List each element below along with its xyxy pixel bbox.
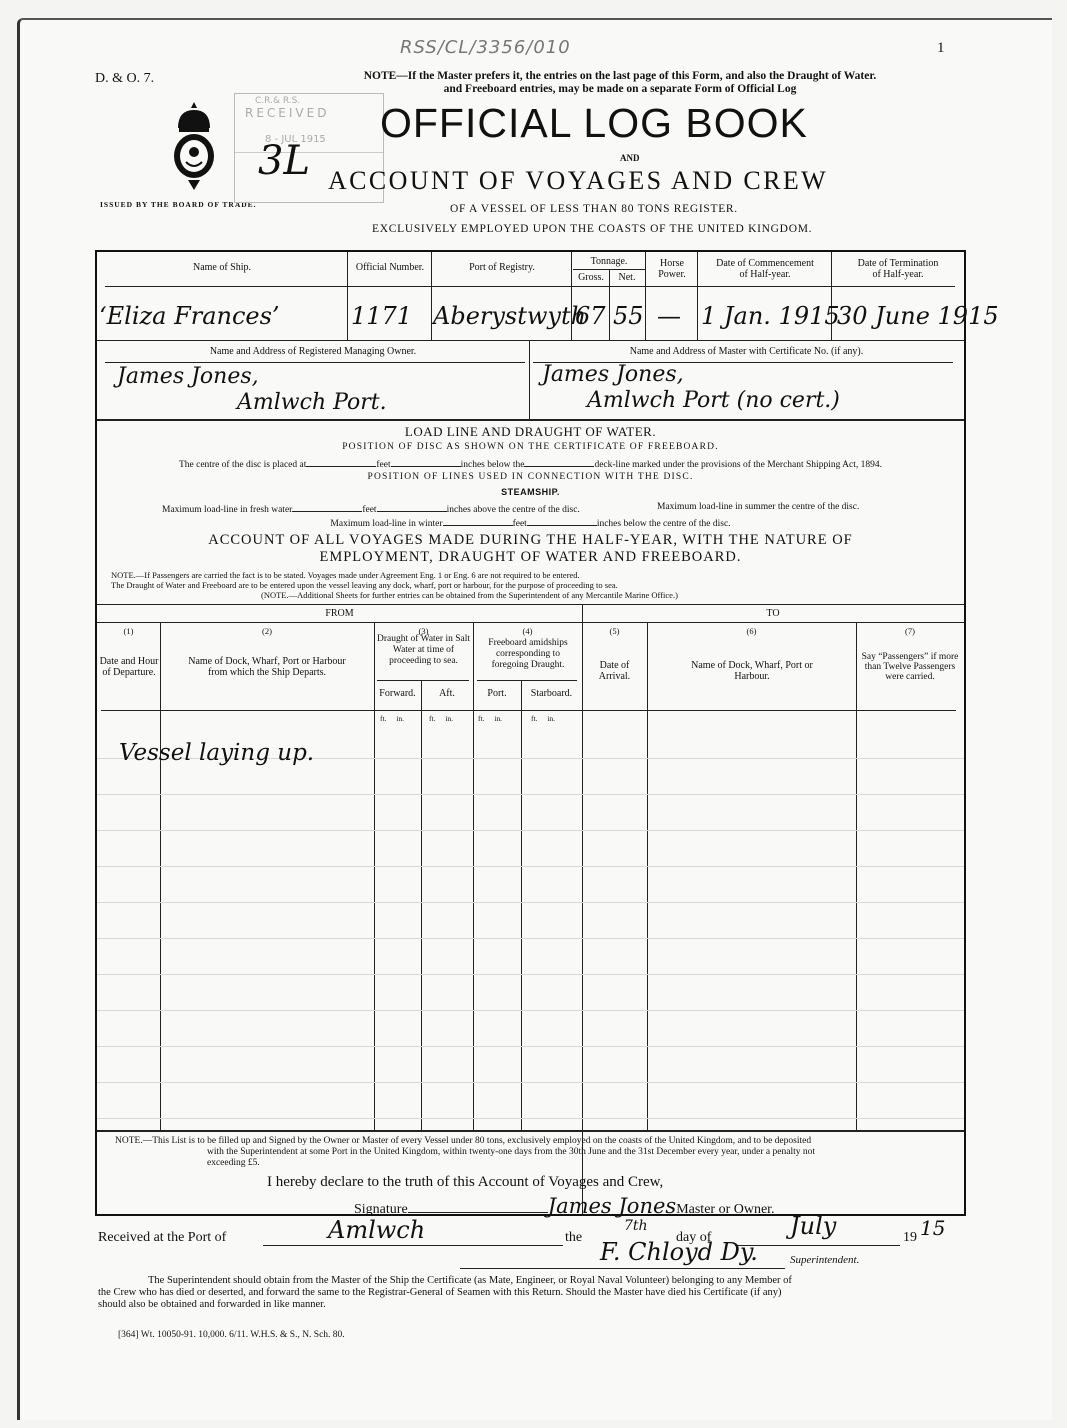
label-horse-power: HorsePower. xyxy=(647,258,697,280)
col6-num: (6) xyxy=(647,626,856,636)
royal-crest-icon xyxy=(172,100,216,192)
voyages-heading-line1: ACCOUNT OF ALL VOYAGES MADE DURING THE H… xyxy=(97,532,964,549)
log-form: Name of Ship. Official Number. Port of R… xyxy=(95,250,966,1216)
fresh-water-line: Maximum load-line in fresh waterfeetinch… xyxy=(162,502,580,515)
archive-reference: RSS/CL/3356/010 xyxy=(400,37,571,58)
received-port-value: Amlwch xyxy=(328,1216,425,1244)
received-port-label: Received at the Port of xyxy=(98,1230,226,1246)
winter-text-a: Maximum load-line in winter xyxy=(330,519,442,529)
stamp-line2: RECEIVED xyxy=(245,106,329,120)
col3-aft: Aft. xyxy=(421,688,473,699)
label-official-number: Official Number. xyxy=(349,262,431,273)
footer-note: NOTE.—This List is to be filled up and S… xyxy=(115,1136,955,1169)
col3-header: Draught of Water in Salt Water at time o… xyxy=(377,634,470,667)
subtitle-line2: EXCLUSIVELY EMPLOYED UPON THE COASTS OF … xyxy=(372,223,812,235)
winter-text-b: feet xyxy=(513,519,527,529)
form-code: D. & O. 7. xyxy=(95,71,154,87)
instructions-line3: should also be obtained and forwarded in… xyxy=(98,1299,964,1311)
fresh-text-a: Maximum load-line in fresh water xyxy=(162,505,292,515)
col7-header: Say “Passengers” if more than Twelve Pas… xyxy=(859,652,961,682)
voyages-heading: ACCOUNT OF ALL VOYAGES MADE DURING THE H… xyxy=(97,532,964,566)
label-termination-1: Date of Termination xyxy=(833,258,963,269)
footer-note-line1: NOTE.—This List is to be filled up and S… xyxy=(115,1136,955,1147)
the-label: the xyxy=(565,1230,582,1246)
signature-label: Signature xyxy=(354,1202,408,1217)
label-horse-power-2: Power. xyxy=(647,269,697,280)
disc-text-c: inches below the xyxy=(461,460,525,470)
label-gross: Gross. xyxy=(573,272,609,283)
footer-note-line2: with the Superintendent at some Port in … xyxy=(115,1147,955,1158)
fresh-inches-blank[interactable] xyxy=(377,502,447,512)
col2-header: Name of Dock, Wharf, Port or Harbour fro… xyxy=(187,656,347,678)
page-number: 1 xyxy=(937,40,945,57)
page-subtitle: ACCOUNT OF VOYAGES AND CREW xyxy=(328,166,828,196)
voyages-note-line3: (NOTE.—Additional Sheets for further ent… xyxy=(111,590,678,600)
lines-heading: POSITION OF LINES USED IN CONNECTION WIT… xyxy=(97,472,964,482)
col4-port: Port. xyxy=(473,688,521,699)
label-termination: Date of Terminationof Half-year. xyxy=(833,258,963,280)
superintendent-label: Superintendent. xyxy=(790,1254,859,1266)
termination-value: 30 June 1915 xyxy=(837,302,999,330)
steamship-heading: STEAMSHIP. xyxy=(97,487,964,497)
signature-value: James Jones xyxy=(548,1194,677,1218)
disc-feet-blank[interactable] xyxy=(306,457,376,467)
signature-role: Master or Owner. xyxy=(676,1202,774,1217)
voyage-entries: Vessel laying up. xyxy=(97,722,964,1130)
col3-forward: Forward. xyxy=(374,688,421,699)
summer-line: Maximum load-line in summer the centre o… xyxy=(657,502,859,512)
label-tonnage: Tonnage. xyxy=(573,256,645,267)
col2-num: (2) xyxy=(160,626,374,636)
col4-starboard: Starboard. xyxy=(521,688,582,699)
label-port-of-registry: Port of Registry. xyxy=(433,262,571,273)
disc-inches-blank[interactable] xyxy=(391,457,461,467)
handwritten-mark: 3L xyxy=(258,138,310,184)
top-note-line1: NOTE—If the Master prefers it, the entri… xyxy=(270,70,970,83)
col5-num: (5) xyxy=(582,626,647,636)
col4-num: (4) xyxy=(473,626,582,636)
load-line-heading: LOAD LINE AND DRAUGHT OF WATER. xyxy=(97,424,964,440)
winter-line: Maximum load-line in winterfeetinches be… xyxy=(97,516,964,529)
disc-position-line: The centre of the disc is placed atfeeti… xyxy=(97,457,964,470)
label-commencement-1: Date of Commencement xyxy=(699,258,831,269)
year-value: 15 xyxy=(920,1216,945,1240)
master-address-value: Amlwch Port (no cert.) xyxy=(587,388,840,413)
col1-num: (1) xyxy=(97,626,160,636)
disc-text-d: deck-line marked under the provisions of… xyxy=(594,460,882,470)
superintendent-instructions: The Superintendent should obtain from th… xyxy=(98,1275,964,1311)
col7-num: (7) xyxy=(856,626,964,636)
official-number-value: 1171 xyxy=(351,302,412,330)
label-name-of-ship: Name of Ship. xyxy=(97,262,347,273)
day-value: 7th xyxy=(624,1218,648,1234)
ship-name-value: ‘Eliza Frances’ xyxy=(99,302,280,330)
col1-header: Date and Hour of Departure. xyxy=(99,656,159,678)
print-code: [364] Wt. 10050-91. 10,000. 6/11. W.H.S.… xyxy=(118,1330,345,1340)
col4-header: Freeboard amidships corresponding to for… xyxy=(477,638,579,671)
instructions-line1: The Superintendent should obtain from th… xyxy=(98,1275,964,1287)
fresh-feet-blank[interactable] xyxy=(292,502,362,512)
disc-text-b: feet xyxy=(376,460,390,470)
master-name-value: James Jones, xyxy=(542,362,684,387)
gross-tonnage-value: 67 xyxy=(575,302,606,330)
label-master: Name and Address of Master with Certific… xyxy=(529,346,964,357)
label-net: Net. xyxy=(609,272,645,283)
col5-header: Date of Arrival. xyxy=(592,660,637,682)
commencement-value: 1 Jan. 1915 xyxy=(701,302,840,330)
fresh-text-b: feet xyxy=(362,505,376,515)
year-prefix: 19 xyxy=(903,1230,917,1246)
winter-feet-blank[interactable] xyxy=(443,516,513,526)
winter-inches-blank[interactable] xyxy=(527,516,597,526)
stamp-line1: C.R.& R.S. xyxy=(255,96,300,106)
declaration: I hereby declare to the truth of this Ac… xyxy=(267,1174,663,1191)
disc-text-a: The centre of the disc is placed at xyxy=(179,460,306,470)
voyages-note-line2: The Draught of Water and Freeboard are t… xyxy=(111,580,678,590)
voyages-heading-line2: EMPLOYMENT, DRAUGHT OF WATER AND FREEBOA… xyxy=(97,549,964,566)
title-and: AND xyxy=(620,153,640,163)
horse-power-value: — xyxy=(657,302,681,330)
voyage-entry: Vessel laying up. xyxy=(119,740,314,766)
superintendent-signature: F. Chloyd Dy. xyxy=(600,1238,758,1266)
label-commencement: Date of Commencementof Half-year. xyxy=(699,258,831,280)
instructions-line2: the Crew who has died or deserted, and f… xyxy=(98,1287,964,1299)
signature-line: SignatureJames JonesMaster or Owner. xyxy=(354,1194,775,1218)
to-label: TO xyxy=(582,608,964,619)
port-of-registry-value: Aberystwyth xyxy=(433,302,586,330)
winter-text-c: inches below the centre of the disc. xyxy=(597,519,731,529)
label-horse-power-1: Horse xyxy=(647,258,697,269)
voyages-note: NOTE.—If Passengers are carried the fact… xyxy=(111,570,678,600)
label-termination-2: of Half-year. xyxy=(833,269,963,280)
month-value: July xyxy=(790,1212,836,1240)
subtitle-line1: OF A VESSEL OF LESS THAN 80 TONS REGISTE… xyxy=(450,203,738,215)
owner-name-value: James Jones, xyxy=(117,364,259,389)
footer-note-line3: exceeding £5. xyxy=(115,1158,955,1169)
owner-address-value: Amlwch Port. xyxy=(237,390,387,415)
from-label: FROM xyxy=(97,608,582,619)
disc-deck-blank[interactable] xyxy=(524,457,594,467)
fresh-text-c: inches above the centre of the disc. xyxy=(447,505,580,515)
label-commencement-2: of Half-year. xyxy=(699,269,831,280)
net-tonnage-value: 55 xyxy=(613,302,644,330)
voyages-note-line1: NOTE.—If Passengers are carried the fact… xyxy=(111,570,678,580)
label-owner: Name and Address of Registered Managing … xyxy=(97,346,529,357)
disc-heading: POSITION OF DISC AS SHOWN ON THE CERTIFI… xyxy=(97,442,964,452)
page-title: OFFICIAL LOG BOOK xyxy=(380,100,808,147)
col6-header: Name of Dock, Wharf, Port or Harbour. xyxy=(687,660,817,682)
